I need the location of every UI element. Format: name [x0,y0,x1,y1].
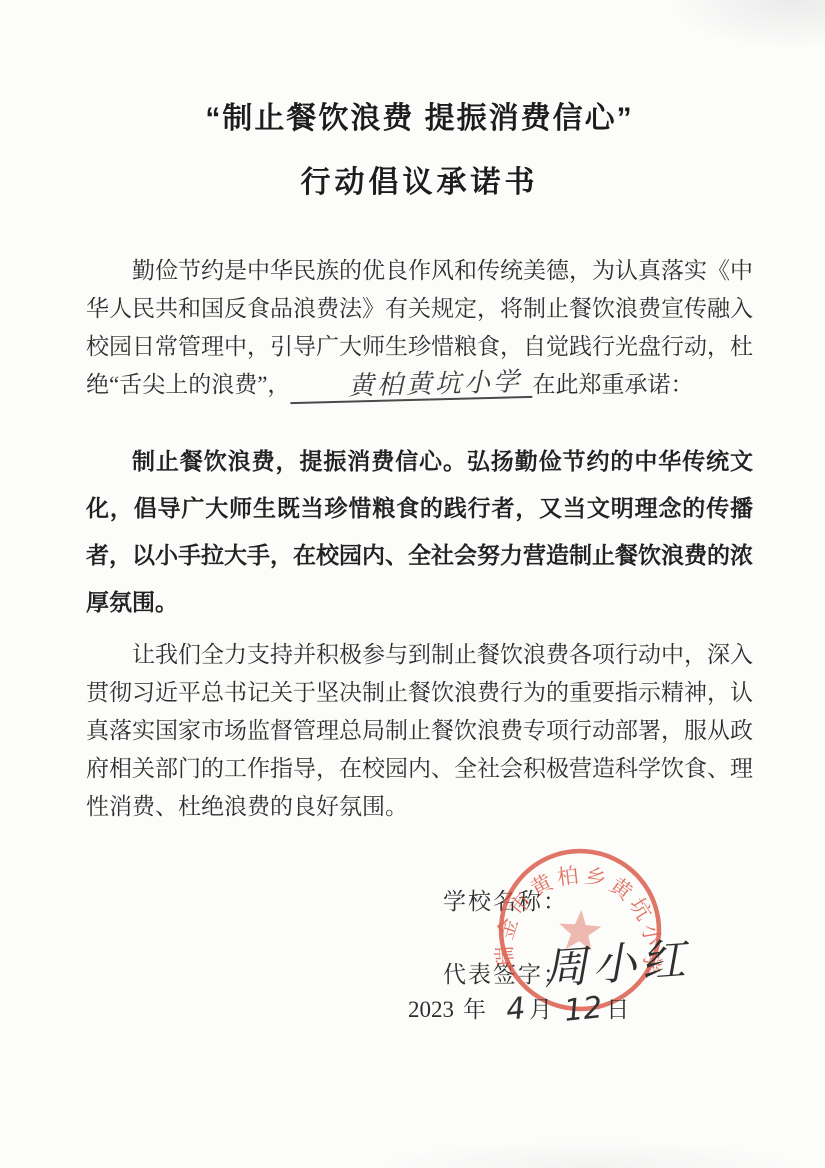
paragraph-1: 勤俭节约是中华民族的优良作风和传统美德，为认真落实《中华人民共和国反食品浪费法》… [86,252,753,404]
scanned-pledge-document: “制止餐饮浪费 提振消费信心” 行动倡议承诺书 勤俭节约是中华民族的优良作风和传… [0,0,825,1168]
paragraph-2: 制止餐饮浪费，提振消费信心。弘扬勤俭节约的中华传统文化，倡导广大师生既当珍惜粮食… [86,438,753,626]
scan-artifact-bottom [380,1142,800,1168]
handwritten-representative-signature: 周小红 [541,923,692,997]
handwritten-day: 12 [563,990,605,1029]
date-month-unit: 月 [529,997,552,1022]
document-body: “制止餐饮浪费 提振消费信心” 行动倡议承诺书 勤俭节约是中华民族的优良作风和传… [0,0,825,826]
handwritten-month: 4 [504,991,527,1028]
document-title-line1: “制止餐饮浪费 提振消费信心” [86,98,753,140]
date-line: 2023年4月12日 [408,990,629,1025]
handwritten-school-name: 黄柏黄坑小学 [290,369,533,404]
paragraph-1-text-after: 在此郑重承诺： [532,372,693,397]
date-year: 2023 [408,997,454,1022]
document-title-line2: 行动倡议承诺书 [86,162,753,204]
date-day-unit: 日 [606,997,629,1022]
date-year-unit: 年 [463,997,486,1022]
paragraph-3: 让我们全力支持并积极参与到制止餐饮浪费各项行动中，深入贯彻习近平总书记关于坚决制… [86,636,753,826]
